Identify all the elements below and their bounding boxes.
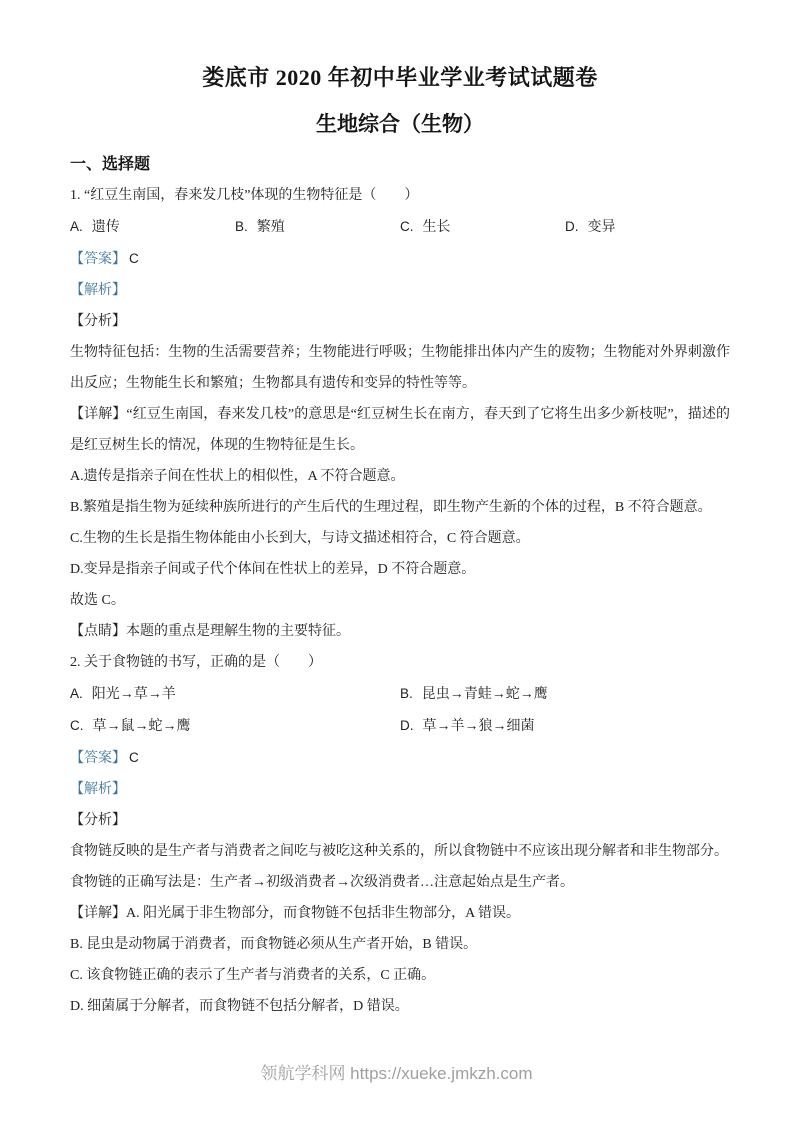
document-content: 娄底市 2020 年初中毕业学业考试试题卷 生地综合（生物） 一、选择题 1. … <box>0 0 793 1022</box>
option-letter: B. <box>235 219 248 234</box>
jiexi-label: 【解析】 <box>70 283 126 298</box>
jiexi-label: 【解析】 <box>70 782 126 797</box>
question-1-options: A.遗传 B.繁殖 C.生长 D.变异 <box>70 211 730 243</box>
question-1-answer-value: C <box>126 251 139 266</box>
question-2-eval-d: D. 细菌属于分解者，而食物链不包括分解者，D 错误。 <box>70 991 730 1022</box>
question-2-jiexi-row: 【解析】 <box>70 774 730 805</box>
question-1-fenxi-row: 【分析】 <box>70 306 730 337</box>
question-1-option-b: B.繁殖 <box>235 211 400 243</box>
option-letter: C. <box>400 219 414 234</box>
question-1: 1. “红豆生南国，春来发几枝”体现的生物特征是（ ） A.遗传 B.繁殖 C.… <box>70 180 730 647</box>
option-text: 草→羊→狼→细菌 <box>423 719 535 734</box>
question-1-conclusion: 故选 C。 <box>70 585 730 616</box>
question-2-options-row-1: A.阳光→草→羊 B.昆虫→青蛙→蛇→鹰 <box>70 678 730 710</box>
option-letter: A. <box>70 686 83 701</box>
option-letter: A. <box>70 219 83 234</box>
question-1-answer-row: 【答案】C <box>70 243 730 275</box>
question-2-eval-a: 【详解】A. 阳光属于非生物部分，而食物链不包括非生物部分，A 错误。 <box>70 898 730 929</box>
question-2-eval-b: B. 昆虫是动物属于消费者，而食物链必须从生产者开始，B 错误。 <box>70 929 730 960</box>
answer-label: 【答案】 <box>70 252 126 267</box>
question-2-options-row-2: C.草→鼠→蛇→鹰 D.草→羊→狼→细菌 <box>70 710 730 742</box>
question-2-option-b: B.昆虫→青蛙→蛇→鹰 <box>400 678 730 710</box>
site-watermark: 领航学科网 https://xueke.jmkzh.com <box>0 1058 793 1089</box>
question-2-option-d: D.草→羊→狼→细菌 <box>400 710 730 742</box>
option-text: 繁殖 <box>257 220 285 235</box>
question-1-eval-b: B.繁殖是指生物为延续种族所进行的产生后代的生理过程，即生物产生新的个体的过程，… <box>70 492 730 523</box>
option-text: 昆虫→青蛙→蛇→鹰 <box>422 687 548 702</box>
question-1-eval-c: C.生物的生长是指生物体能由小长到大，与诗文描述相符合，C 符合题意。 <box>70 523 730 554</box>
option-letter: B. <box>400 686 413 701</box>
question-1-note: 【点睛】本题的重点是理解生物的主要特征。 <box>70 616 730 647</box>
question-2-fenxi-p2: 食物链的正确写法是：生产者→初级消费者→次级消费者…注意起始点是生产者。 <box>70 867 730 898</box>
fenxi-label: 【分析】 <box>70 314 126 329</box>
question-1-eval-d: D.变异是指亲子间或子代个体间在性状上的差异，D 不符合题意。 <box>70 554 730 585</box>
question-1-xiangjie-text: 【详解】“红豆生南国，春来发几枝”的意思是“红豆树生长在南方，春天到了它将生出多… <box>70 399 730 461</box>
option-text: 变异 <box>588 220 616 235</box>
question-2: 2. 关于食物链的书写，正确的是（ ） A.阳光→草→羊 B.昆虫→青蛙→蛇→鹰… <box>70 647 730 1022</box>
option-letter: D. <box>565 219 579 234</box>
question-2-eval-c: C. 该食物链正确的表示了生产者与消费者的关系，C 正确。 <box>70 960 730 991</box>
question-1-option-a: A.遗传 <box>70 211 235 243</box>
option-text: 遗传 <box>92 220 120 235</box>
question-1-fenxi-text: 生物特征包括：生物的生活需要营养；生物能进行呼吸；生物能排出体内产生的废物；生物… <box>70 337 730 399</box>
question-2-option-a: A.阳光→草→羊 <box>70 678 400 710</box>
option-letter: D. <box>400 718 414 733</box>
page-subtitle: 生地综合（生物） <box>70 108 730 140</box>
question-2-stem: 2. 关于食物链的书写，正确的是（ ） <box>70 647 730 678</box>
section-heading: 一、选择题 <box>70 150 730 180</box>
option-text: 生长 <box>423 220 451 235</box>
question-2-option-c: C.草→鼠→蛇→鹰 <box>70 710 400 742</box>
page-title: 娄底市 2020 年初中毕业学业考试试题卷 <box>70 62 730 94</box>
answer-label: 【答案】 <box>70 751 126 766</box>
question-2-answer-row: 【答案】C <box>70 742 730 774</box>
fenxi-label: 【分析】 <box>70 813 126 828</box>
question-2-answer-value: C <box>126 750 139 765</box>
option-text: 阳光→草→羊 <box>92 687 176 702</box>
question-2-fenxi-p1: 食物链反映的是生产者与消费者之间吃与被吃这种关系的，所以食物链中不应该出现分解者… <box>70 836 730 867</box>
question-1-jiexi-row: 【解析】 <box>70 275 730 306</box>
question-1-stem: 1. “红豆生南国，春来发几枝”体现的生物特征是（ ） <box>70 180 730 211</box>
option-letter: C. <box>70 718 84 733</box>
exam-document-page: 娄底市 2020 年初中毕业学业考试试题卷 生地综合（生物） 一、选择题 1. … <box>0 0 793 1122</box>
question-1-eval-a: A.遗传是指亲子间在性状上的相似性，A 不符合题意。 <box>70 461 730 492</box>
question-2-fenxi-row: 【分析】 <box>70 805 730 836</box>
question-1-option-d: D.变异 <box>565 211 730 243</box>
option-text: 草→鼠→蛇→鹰 <box>93 719 191 734</box>
question-1-option-c: C.生长 <box>400 211 565 243</box>
